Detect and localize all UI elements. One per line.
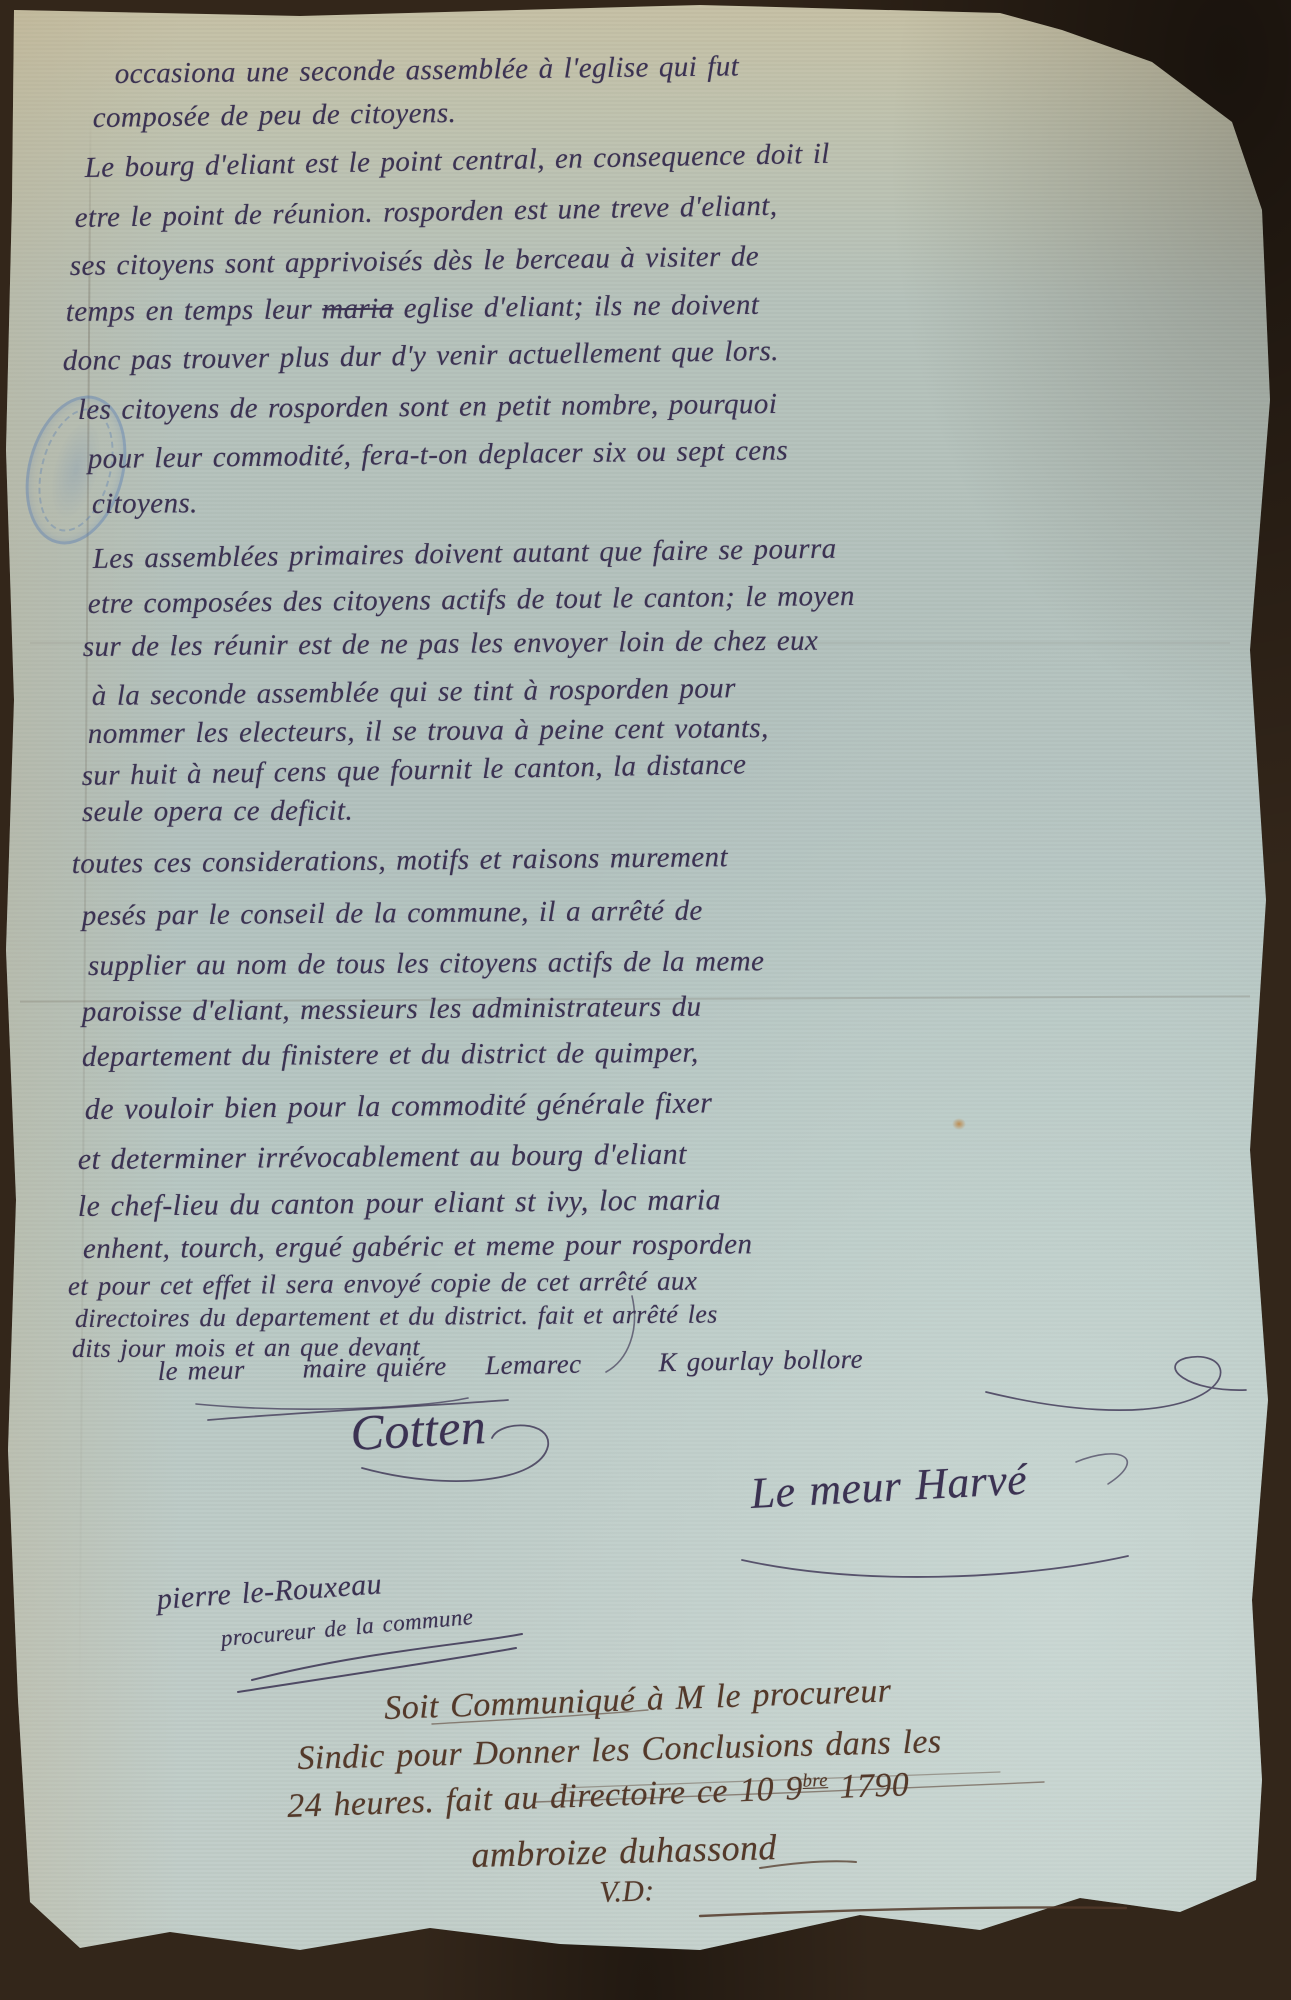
struck-word: maria	[322, 293, 394, 326]
manuscript-line: et pour cet effet il sera envoyé copie d…	[68, 1266, 698, 1302]
manuscript-line: sur de les réunir est de ne pas les envo…	[83, 625, 819, 664]
manuscript-line: enhent, tourch, ergué gabéric et meme po…	[83, 1228, 753, 1266]
manuscript-photo: occasiona une seconde assemblée à l'egli…	[0, 0, 1291, 2000]
date-superscript: bre	[802, 1770, 828, 1792]
manuscript-line: directoires du departement et du distric…	[75, 1300, 718, 1334]
manuscript-line: composée de peu de citoyens.	[93, 97, 457, 135]
manuscript-line: de vouloir bien pour la commodité généra…	[85, 1086, 713, 1127]
manuscript-line: nommer les electeurs, il se trouva à pei…	[88, 712, 769, 751]
line-segment: eglise d'eliant; ils ne doivent	[393, 289, 759, 325]
manuscript-line: toutes ces considerations, motifs et rai…	[72, 841, 728, 881]
manuscript-line: pesés par le conseil de la commune, il a…	[82, 895, 703, 933]
line-segment: temps en temps leur	[66, 293, 323, 328]
note-segment: 1790	[828, 1766, 910, 1806]
manuscript-line: les citoyens de rosporden sont en petit …	[78, 388, 778, 427]
manuscript-line: citoyens.	[92, 487, 198, 521]
manuscript-line: le chef-lieu du canton pour eliant st iv…	[78, 1183, 722, 1224]
signature-ambroize: ambroize duhassond	[471, 1826, 777, 1876]
note-initials: V.D:	[599, 1874, 655, 1910]
manuscript-line: supplier au nom de tous les citoyens act…	[88, 945, 765, 983]
signature-cotten: Cotten	[349, 1397, 488, 1462]
manuscript-line: et determiner irrévocablement au bourg d…	[78, 1138, 687, 1177]
manuscript-line: departement du finistere et du district …	[82, 1037, 699, 1074]
manuscript-line: seule opera ce deficit.	[82, 795, 353, 829]
manuscript-line: paroisse d'eliant, messieurs les adminis…	[82, 991, 702, 1029]
